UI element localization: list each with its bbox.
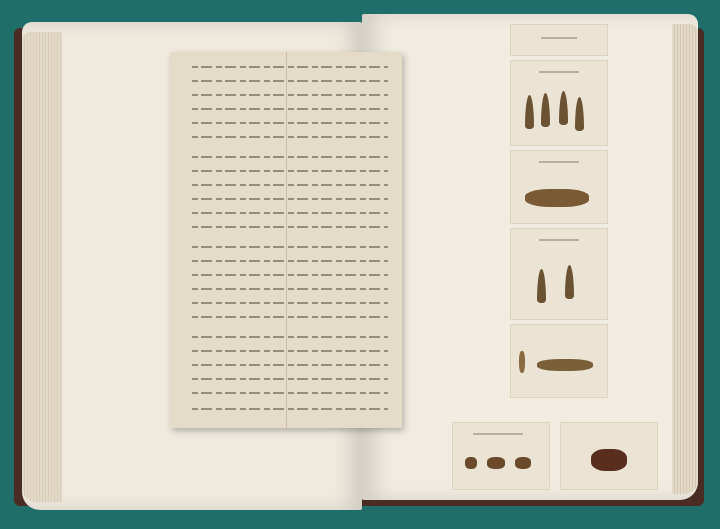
specimen-leaves-2 — [510, 228, 608, 320]
specimen-seeds — [452, 422, 550, 490]
specimen-sheet-header — [510, 24, 608, 56]
page-edges — [672, 24, 698, 494]
handwritten-letter — [170, 52, 402, 428]
specimen-bark — [510, 150, 608, 224]
specimen-dark — [560, 422, 658, 490]
specimen-leaves-1 — [510, 60, 608, 146]
specimen-seed-cluster — [510, 324, 608, 398]
page-edges — [22, 32, 62, 502]
